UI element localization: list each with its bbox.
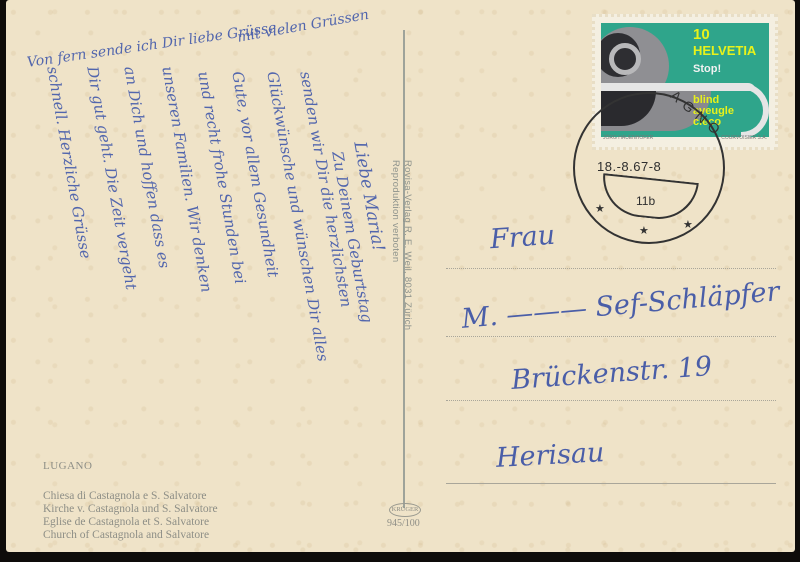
address-street: Brückenstr. 19 — [510, 351, 713, 396]
reproduction-notice: Reproduktion verboten — [389, 160, 401, 330]
caption-line-de: Kirche v. Castagnola und S. Salvatore — [43, 503, 218, 516]
address-name: M. ——— Sef-Schläpfer — [460, 276, 780, 335]
postmark-date: 18.-8.67-8 — [597, 159, 661, 174]
postmark: AGNO 18.-8.67-8 11b ★ ★ ★ — [573, 92, 725, 244]
stamp-slogan: Stop! — [693, 63, 721, 75]
photo-caption: LUGANO Chiesa di Castagnola e S. Salvato… — [43, 460, 218, 542]
printer-logo: KRÜGER — [389, 503, 421, 517]
stamp-value: 10 — [693, 26, 710, 43]
address-line-3 — [446, 400, 776, 401]
stamp-printer-credit: COURVOISIER S.A. — [721, 135, 767, 141]
caption-line-it: Chiesa di Castagnola e S. Salvatore — [43, 490, 218, 503]
wheel-ring — [609, 43, 641, 75]
address-line-1 — [446, 268, 776, 269]
address-line-2 — [446, 336, 776, 337]
publisher-imprint: Rovisa-Verlag R. E. Weil, 8031 Zürich Re… — [389, 160, 413, 330]
caption-line-en: Church of Castagnola and Salvatore — [43, 529, 218, 542]
star-icon: ★ — [595, 202, 605, 215]
handwritten-message: mit vielen Grüssen Von fern sende ich Di… — [16, 0, 396, 520]
card-number: 945/100 — [387, 518, 420, 529]
postmark-code: 11b — [636, 194, 655, 208]
star-icon: ★ — [639, 224, 649, 237]
address-city: Herisau — [495, 437, 605, 474]
address-line-4 — [446, 483, 776, 484]
stamp-country: HELVETIA — [693, 43, 756, 58]
postcard-back: mit vielen Grüssen Von fern sende ich Di… — [6, 0, 795, 552]
publisher-name: Rovisa-Verlag R. E. Weil, 8031 Zürich — [401, 160, 413, 330]
address-salutation: Frau — [489, 220, 556, 255]
caption-place: LUGANO — [43, 460, 218, 473]
white-cane-hook — [741, 83, 769, 137]
star-icon: ★ — [683, 218, 693, 231]
caption-line-fr: Eglise de Castagnola et S. Salvatore — [43, 516, 218, 529]
